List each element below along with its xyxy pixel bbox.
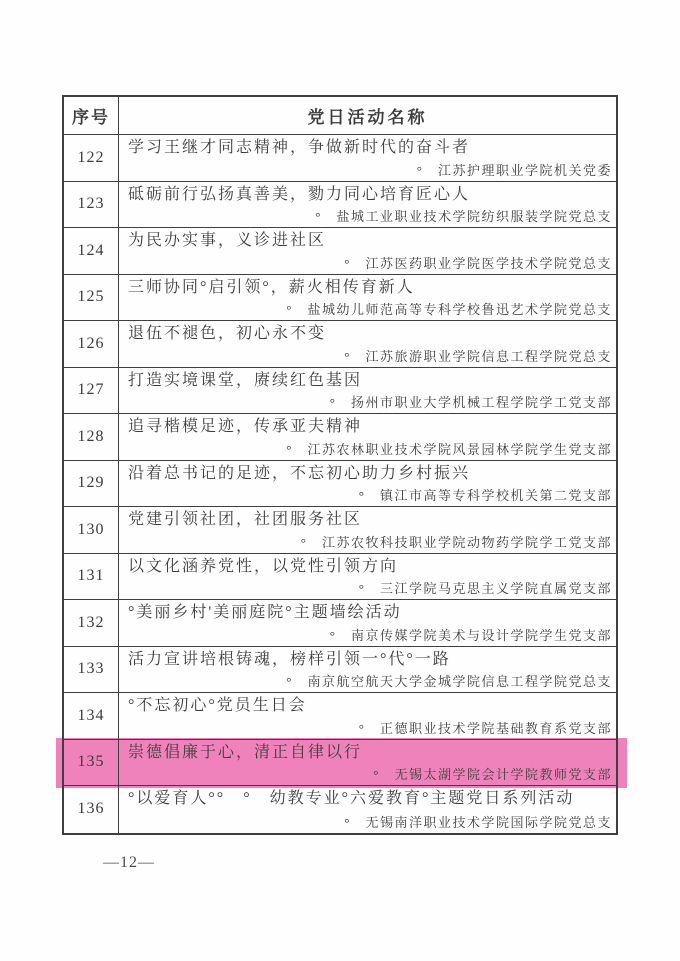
organization-name: ° 盐城幼儿师范高等专科学校鲁迅艺术学院党总支 [128,302,612,318]
row-number: 132 [64,600,119,646]
table-row: 126 退伍不褪色，初心永不变 ° 江苏旅游职业学院信息工程学院党总支 [64,321,616,368]
document-page: 序号 党日活动名称 122 学习王继才同志精神，争做新时代的奋斗者 ° 江苏护理… [0,0,680,961]
row-content-cell: 退伍不褪色，初心永不变 ° 江苏旅游职业学院信息工程学院党总支 [119,321,616,367]
row-content-cell: 追寻楷模足迹，传承亚夫精神 ° 江苏农林职业技术学院风景园林学院学生党支部 [119,414,616,460]
row-content-cell: 党建引领社团，社团服务社区 ° 江苏农牧科技职业学院动物药学院学工党支部 [119,507,616,553]
activity-title: °以爱育人°° ° 幼教专业°六爱教育°主题党日系列活动 [128,789,612,809]
table-row: 131 以文化涵养党性，以党性引领方向 ° 三江学院马克思主义学院直属党支部 [64,554,616,601]
table-row: 124 为民办实事，义诊进社区 ° 江苏医药职业学院医学技术学院党总支 [64,228,616,275]
row-number: 129 [64,461,119,507]
activity-title: °美丽乡村'美丽庭院°主题墙绘活动 [128,603,612,623]
column-header-activity-name: 党日活动名称 [119,97,616,134]
row-content-cell: 砥砺前行弘扬真善美，勠力同心培育匠心人 ° 盐城工业职业技术学院纺织服装学院党总… [119,182,616,228]
activity-title: 沿着总书记的足迹，不忘初心助力乡村振兴 [128,464,612,484]
page-number: —12— [103,854,155,872]
table-row: 130 党建引领社团，社团服务社区 ° 江苏农牧科技职业学院动物药学院学工党支部 [64,507,616,554]
organization-name: ° 江苏农林职业技术学院风景园林学院学生党支部 [128,442,612,458]
row-content-cell: 为民办实事，义诊进社区 ° 江苏医药职业学院医学技术学院党总支 [119,228,616,274]
table-row: 134 °不忘初心°党员生日会 ° 正德职业技术学院基础教育系党支部 [64,693,616,740]
row-content-cell: 三师协同°启引领°，薪火相传育新人 ° 盐城幼儿师范高等专科学校鲁迅艺术学院党总… [119,275,616,321]
activity-title: 党建引领社团，社团服务社区 [128,510,612,530]
row-number: 130 [64,507,119,553]
row-content-cell: °以爱育人°° ° 幼教专业°六爱教育°主题党日系列活动 ° 无锡南洋职业技术学… [119,786,616,833]
row-content-cell: 学习王继才同志精神，争做新时代的奋斗者 ° 江苏护理职业学院机关党委 [119,135,616,181]
organization-name: ° 南京航空航天大学金城学院信息工程学院党总支 [128,674,612,690]
organization-name: ° 江苏旅游职业学院信息工程学院党总支 [128,349,612,365]
table-row: 125 三师协同°启引领°，薪火相传育新人 ° 盐城幼儿师范高等专科学校鲁迅艺术… [64,275,616,322]
table-row: 136 °以爱育人°° ° 幼教专业°六爱教育°主题党日系列活动 ° 无锡南洋职… [64,786,616,833]
activity-table: 序号 党日活动名称 122 学习王继才同志精神，争做新时代的奋斗者 ° 江苏护理… [62,95,618,835]
organization-name: ° 南京传媒学院美术与设计学院学生党支部 [128,628,612,644]
activity-title: 打造实境课堂，赓续红色基因 [128,371,612,391]
organization-name: ° 正德职业技术学院基础教育系党支部 [128,721,612,737]
row-content-cell: °不忘初心°党员生日会 ° 正德职业技术学院基础教育系党支部 [119,693,616,739]
activity-title: °不忘初心°党员生日会 [128,696,612,716]
activity-title: 三师协同°启引领°，薪火相传育新人 [128,278,612,298]
table-row: 122 学习王继才同志精神，争做新时代的奋斗者 ° 江苏护理职业学院机关党委 [64,135,616,182]
row-content-cell: °美丽乡村'美丽庭院°主题墙绘活动 ° 南京传媒学院美术与设计学院学生党支部 [119,600,616,646]
organization-name: ° 三江学院马克思主义学院直属党支部 [128,581,612,597]
table-row: 128 追寻楷模足迹，传承亚夫精神 ° 江苏农林职业技术学院风景园林学院学生党支… [64,414,616,461]
table-row: 123 砥砺前行弘扬真善美，勠力同心培育匠心人 ° 盐城工业职业技术学院纺织服装… [64,182,616,229]
table-header-row: 序号 党日活动名称 [64,97,616,135]
activity-title: 砥砺前行弘扬真善美，勠力同心培育匠心人 [128,185,612,205]
activity-title: 以文化涵养党性，以党性引领方向 [128,557,612,577]
column-header-no: 序号 [64,97,119,134]
organization-name: ° 江苏医药职业学院医学技术学院党总支 [128,256,612,272]
organization-name: ° 镇江市高等专科学校机关第二党支部 [128,488,612,504]
row-number: 133 [64,647,119,693]
table-row: 133 活力宣讲培根铸魂，榜样引领一°代°一路 ° 南京航空航天大学金城学院信息… [64,647,616,694]
row-content-cell: 崇德倡廉于心，清正自律以行 ° 无锡太湖学院会计学院教师党支部 [119,740,616,786]
row-number: 127 [64,368,119,414]
row-content-cell: 以文化涵养党性，以党性引领方向 ° 三江学院马克思主义学院直属党支部 [119,554,616,600]
organization-name: ° 无锡南洋职业技术学院国际学院党总支 [128,815,612,831]
activity-title: 活力宣讲培根铸魂，榜样引领一°代°一路 [128,650,612,670]
activity-title: 崇德倡廉于心，清正自律以行 [128,743,612,763]
row-number: 134 [64,693,119,739]
table-row: 127 打造实境课堂，赓续红色基因 ° 扬州市职业大学机械工程学院学工党支部 [64,368,616,415]
row-content-cell: 活力宣讲培根铸魂，榜样引领一°代°一路 ° 南京航空航天大学金城学院信息工程学院… [119,647,616,693]
activity-title: 退伍不褪色，初心永不变 [128,324,612,344]
organization-name: ° 无锡太湖学院会计学院教师党支部 [128,767,612,783]
table-row: 135 崇德倡廉于心，清正自律以行 ° 无锡太湖学院会计学院教师党支部 [64,740,616,787]
row-number: 136 [64,786,119,833]
organization-name: ° 盐城工业职业技术学院纺织服装学院党总支 [128,209,612,225]
row-number: 124 [64,228,119,274]
row-number: 135 [64,740,119,786]
row-content-cell: 沿着总书记的足迹，不忘初心助力乡村振兴 ° 镇江市高等专科学校机关第二党支部 [119,461,616,507]
table-row: 132 °美丽乡村'美丽庭院°主题墙绘活动 ° 南京传媒学院美术与设计学院学生党… [64,600,616,647]
row-content-cell: 打造实境课堂，赓续红色基因 ° 扬州市职业大学机械工程学院学工党支部 [119,368,616,414]
row-number: 125 [64,275,119,321]
activity-title: 为民办实事，义诊进社区 [128,231,612,251]
row-number: 126 [64,321,119,367]
activity-title: 学习王继才同志精神，争做新时代的奋斗者 [128,138,612,158]
row-number: 122 [64,135,119,181]
row-number: 123 [64,182,119,228]
organization-name: ° 江苏护理职业学院机关党委 [128,163,612,179]
organization-name: ° 江苏农牧科技职业学院动物药学院学工党支部 [128,535,612,551]
organization-name: ° 扬州市职业大学机械工程学院学工党支部 [128,395,612,411]
row-number: 128 [64,414,119,460]
row-number: 131 [64,554,119,600]
table-row: 129 沿着总书记的足迹，不忘初心助力乡村振兴 ° 镇江市高等专科学校机关第二党… [64,461,616,508]
activity-title: 追寻楷模足迹，传承亚夫精神 [128,417,612,437]
